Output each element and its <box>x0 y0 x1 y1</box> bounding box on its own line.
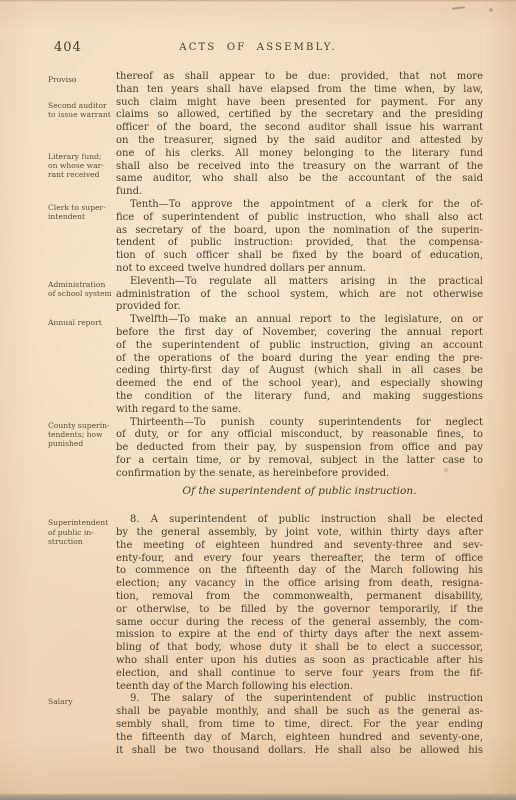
page-edge-top <box>0 0 516 2</box>
text-line: confirmation by the senate, as hereinbef… <box>116 468 483 481</box>
text-column: thereof as shall appear to be due: provi… <box>116 71 483 757</box>
scan-artifact-dot <box>489 8 493 12</box>
margin-note-line: Clerk to super- <box>48 203 112 212</box>
text-line: before the first day of November, coveri… <box>116 327 483 340</box>
text-line: deemed the end of the school year), and … <box>116 378 483 391</box>
margin-note-line: punished <box>48 439 112 448</box>
section-heading: Of the superintendent of public instruct… <box>116 485 483 498</box>
text-line: Twelfth—To make an annual report to the … <box>116 314 483 327</box>
text-line: shall also be received into the treasury… <box>116 161 483 174</box>
text-line: as secretary of the board, upon the nomi… <box>116 225 483 238</box>
text-line: be deducted from their pay, by suspensio… <box>116 442 483 455</box>
margin-note-line: Administration <box>48 280 112 289</box>
text-line: provided for. <box>116 301 483 314</box>
margin-note-line: to issue warrant <box>48 110 112 119</box>
text-line: the condition of the literary fund, and … <box>116 391 483 404</box>
text-line: same auditor, who shall also be the acco… <box>116 173 483 186</box>
margin-note-line: of school system <box>48 289 112 298</box>
margin-note: County superin-tendents; howpunished <box>48 421 112 449</box>
text-line: election; any vacancy in the office aris… <box>116 578 483 591</box>
running-head: ACTS OF ASSEMBLY. <box>0 42 516 53</box>
text-line: the meeting of eighteen hundred and seve… <box>116 540 483 553</box>
text-line: teenth day of the March following his el… <box>116 681 483 694</box>
margin-note-line: tendents; how <box>48 430 112 439</box>
text-line: Tenth—To approve the appointment of a cl… <box>116 199 483 212</box>
text-line: who shall enter upon his duties as soon … <box>116 655 483 668</box>
text-line: mission to expire at the end of thirty d… <box>116 629 483 642</box>
margin-note-line: County superin- <box>48 421 112 430</box>
text-line: tendent of public instruction: provided,… <box>116 237 483 250</box>
text-line: sembly shall, from time to time, direct.… <box>116 719 483 732</box>
margin-note-line: Literary fund; <box>48 152 112 161</box>
text-line: of the superintendent of public instruct… <box>116 340 483 353</box>
margin-note: Second auditorto issue warrant <box>48 101 112 119</box>
margin-note-line: intendent <box>48 212 112 221</box>
margin-note: Proviso <box>48 75 112 84</box>
paragraph: Thirteenth—To punish county superintende… <box>116 417 483 481</box>
margin-note: Superintendentof public in-struction <box>48 518 112 546</box>
text-line: than ten years shall have elapsed from t… <box>116 84 483 97</box>
text-line: bling of that body, whose duty it shall … <box>116 642 483 655</box>
text-line: tion of such officer shall be fixed by t… <box>116 250 483 263</box>
book-page: { "colors": { "paper": "#efd9bc", "ink":… <box>0 0 516 800</box>
text-line: the fifteenth day of March, eighteen hun… <box>116 732 483 745</box>
margin-note: Clerk to super-intendent <box>48 203 112 221</box>
text-line: 9. The salary of the superintendent of p… <box>116 693 483 706</box>
text-line: shall be payable monthly, and shall be s… <box>116 706 483 719</box>
paragraph: Eleventh—To regulate all matters arising… <box>116 276 483 314</box>
page-edge-bottom <box>0 793 516 800</box>
text-line: not to exceed twelve hundred dollars per… <box>116 263 483 276</box>
text-line: claims so allowed, certified by the secr… <box>116 109 483 122</box>
paragraph: 8. A superintendent of public instructio… <box>116 514 483 693</box>
text-line: with regard to the same. <box>116 404 483 417</box>
margin-note-line: Proviso <box>48 75 112 84</box>
margin-note: Literary fund;on whose war-rant received <box>48 152 112 180</box>
text-line: fice of superintendent of public instruc… <box>116 212 483 225</box>
margin-note: Salary <box>48 697 112 706</box>
text-line: of the operations of the board during th… <box>116 353 483 366</box>
text-line: election, and shall continue to serve fo… <box>116 668 483 681</box>
text-line: such claim might have been presented for… <box>116 97 483 110</box>
text-line: ceding thirty-first day of August (which… <box>116 365 483 378</box>
margin-note-line: struction <box>48 537 112 546</box>
text-line: officer of the board, the second auditor… <box>116 122 483 135</box>
text-line: it shall be two thousand dollars. He sha… <box>116 745 483 758</box>
margin-note-line: Superintendent <box>48 518 112 527</box>
text-line: of duty, or for any official misconduct,… <box>116 429 483 442</box>
paragraph: Tenth—To approve the appointment of a cl… <box>116 199 483 276</box>
text-line: by the general assembly, by joint vote, … <box>116 527 483 540</box>
text-line: fund. <box>116 186 483 199</box>
margin-note-line: of public in- <box>48 528 112 537</box>
text-line: thereof as shall appear to be due: provi… <box>116 71 483 84</box>
text-line: enty-four, and every four years thereaft… <box>116 553 483 566</box>
text-line: or otherwise, to be filled by the govern… <box>116 604 483 617</box>
margin-note-line: on whose war- <box>48 161 112 170</box>
text-line: administration of the school system, whi… <box>116 289 483 302</box>
margin-note: Administrationof school system <box>48 280 112 298</box>
text-line: Eleventh—To regulate all matters arising… <box>116 276 483 289</box>
margin-note-line: Second auditor <box>48 101 112 110</box>
margin-note-line: Annual report <box>48 318 112 327</box>
text-line: tion, removal from the commonwealth, per… <box>116 591 483 604</box>
text-line: for a certain time, or by removal, subje… <box>116 455 483 468</box>
paragraph: Twelfth—To make an annual report to the … <box>116 314 483 416</box>
paragraph: thereof as shall appear to be due: provi… <box>116 71 483 199</box>
margin-note: Annual report <box>48 318 112 327</box>
margin-note-line: Salary <box>48 697 112 706</box>
margin-note-line: rant received <box>48 170 112 179</box>
text-line: Thirteenth—To punish county superintende… <box>116 417 483 430</box>
text-line: one of his clerks. All money belonging t… <box>116 148 483 161</box>
text-line: 8. A superintendent of public instructio… <box>116 514 483 527</box>
text-line: on the treasurer, signed by the said aud… <box>116 135 483 148</box>
text-line: same occur during the recess of the gene… <box>116 617 483 630</box>
text-line: to commence on the fifteenth day of the … <box>116 565 483 578</box>
paragraph: 9. The salary of the superintendent of p… <box>116 693 483 757</box>
